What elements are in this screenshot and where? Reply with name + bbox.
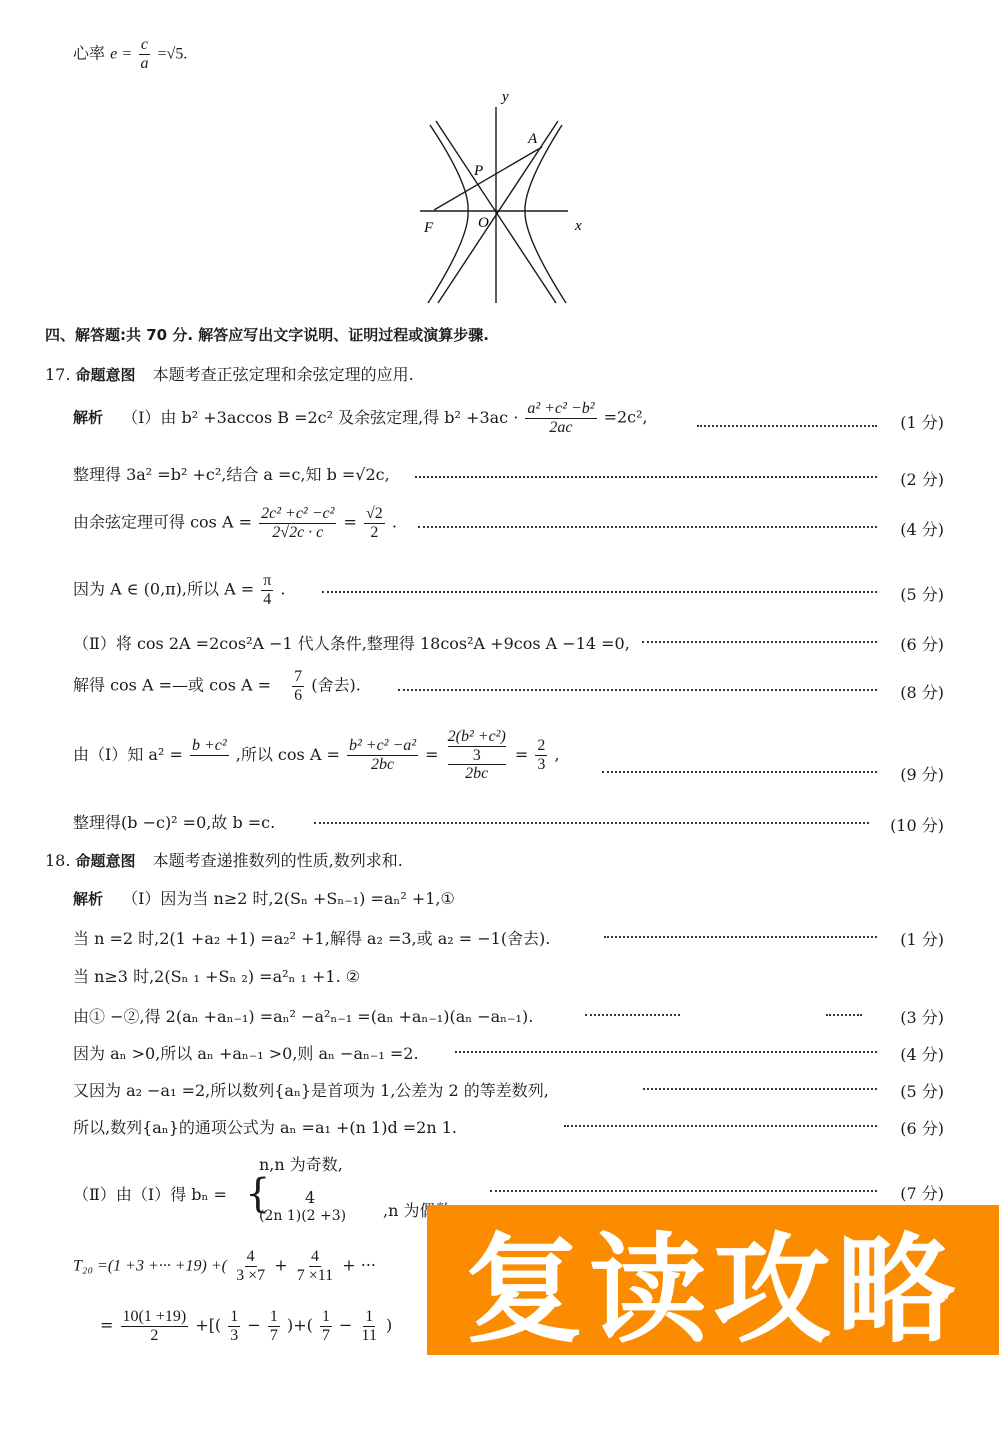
- score: (2 分): [900, 467, 944, 490]
- q17-line-1: 解析 （Ⅰ）由 b² +3accos B =2c² 及余弦定理,得 b² +3a…: [73, 400, 648, 436]
- fraction: 1 7: [320, 1308, 332, 1344]
- leader-dots: [585, 1014, 680, 1016]
- fraction: π 4: [261, 572, 273, 608]
- fraction: 1 11: [360, 1308, 379, 1344]
- score: (8 分): [900, 680, 944, 703]
- score: (5 分): [900, 1079, 944, 1102]
- score: (6 分): [900, 632, 944, 655]
- q17-intent: 17. 命题意图 本题考查正弦定理和余弦定理的应用.: [45, 362, 414, 385]
- leader-dots: [322, 591, 877, 593]
- fraction: 4 7 ×11: [295, 1248, 335, 1284]
- fraction: √2 2: [364, 505, 385, 541]
- label-f: F: [423, 220, 434, 236]
- fraction: 4 3 ×7: [234, 1248, 267, 1284]
- q18-number: 18.: [45, 851, 70, 870]
- q18-line-2: 当 n =2 时,2(1 +a₂ +1) =a₂² +1,解得 a₂ =3,或 …: [73, 926, 550, 949]
- score: (1 分): [900, 410, 944, 433]
- fraction: 7 6: [292, 668, 304, 704]
- score: (4 分): [900, 1042, 944, 1065]
- leader-dots: [697, 425, 877, 427]
- watermark-banner: 复读攻略: [427, 1205, 999, 1355]
- compound-fraction: 2(b² +c²) 3 2bc: [446, 728, 508, 783]
- hyperbola-diagram: y x A P F O: [410, 85, 610, 314]
- leader-dots: [602, 771, 877, 773]
- q17-line-8: 整理得(b −c)² =0,故 b =c.: [73, 810, 275, 833]
- fraction: b +c²: [190, 737, 229, 773]
- q18-line-1: 解析 （Ⅰ）因为当 n≥2 时,2(Sₙ +Sₙ₋₁) =aₙ² +1,①: [73, 886, 455, 909]
- fraction-c-over-a: c a: [138, 36, 150, 72]
- intent-text: 本题考查递推数列的性质,数列求和.: [153, 851, 403, 870]
- var-e: e: [110, 46, 117, 63]
- fraction: 2 3: [535, 737, 547, 773]
- hyperbola-figure: y x A P F O: [410, 85, 610, 310]
- q17-line-3: 由余弦定理可得 cos A = 2c² +c² −c² 2√2c · c = √…: [73, 505, 397, 541]
- leader-dots: [604, 936, 877, 938]
- score: (5 分): [900, 582, 944, 605]
- leader-dots: [642, 641, 877, 643]
- label-p: P: [473, 163, 483, 179]
- q17-line-6: 解得 cos A =—或 cos A = 7 6 (舍去).: [73, 668, 361, 704]
- label-a: A: [527, 131, 538, 147]
- leader-dots: [455, 1051, 877, 1053]
- fraction: 1 3: [228, 1308, 240, 1344]
- q17-line-4: 因为 A ∈ (0,π),所以 A = π 4 .: [73, 572, 286, 608]
- q17-line-2: 整理得 3a² =b² +c²,结合 a =c,知 b =√2c,: [73, 462, 390, 485]
- analysis-label: 解析: [73, 409, 103, 427]
- q17-line-7: 由（Ⅰ）知 a² = b +c² ,所以 cos A = b² +c² −a² …: [73, 728, 560, 783]
- eccentricity-prefix: 心率: [73, 44, 105, 63]
- label-o: O: [478, 215, 489, 231]
- leader-dots: [398, 689, 877, 691]
- score: (6 分): [900, 1116, 944, 1139]
- score: (10 分): [890, 813, 944, 836]
- equals: =: [122, 46, 131, 63]
- q17-number: 17.: [45, 365, 70, 384]
- fraction: a² +c² −b² 2ac: [525, 400, 596, 436]
- leader-dots: [418, 526, 877, 528]
- label-x: x: [574, 218, 582, 234]
- fraction: 10(1 +19) 2: [121, 1308, 189, 1344]
- q18-line-7: 所以,数列{aₙ}的通项公式为 aₙ =a₁ +(n 1)d =2n 1.: [73, 1115, 457, 1138]
- watermark-text: 复读攻略: [465, 1195, 961, 1365]
- score: (9 分): [900, 762, 944, 785]
- leader-dots: [415, 476, 877, 478]
- q18-line-5: 因为 aₙ >0,所以 aₙ +aₙ₋₁ >0,则 aₙ −aₙ₋₁ =2.: [73, 1041, 419, 1064]
- q18-intent: 18. 命题意图 本题考查递推数列的性质,数列求和.: [45, 848, 403, 871]
- leader-dots: [490, 1190, 877, 1192]
- eccentricity-line: 心率 e = c a =√5.: [73, 36, 187, 72]
- leader-dots: [826, 1014, 862, 1016]
- q18-line-9: T₂₀ =(1 +3 +··· +19) +( 4 3 ×7 + 4 7 ×11…: [73, 1248, 376, 1284]
- analysis-label: 解析: [73, 890, 103, 908]
- fraction: b² +c² −a² 2bc: [347, 737, 418, 773]
- eccentricity-result: =√5.: [158, 46, 188, 63]
- q18-line-4: 由① −②,得 2(aₙ +aₙ₋₁) =aₙ² −a²ₙ₋₁ =(aₙ +aₙ…: [73, 1004, 533, 1027]
- intent-label: 命题意图: [76, 366, 136, 384]
- fraction: 2c² +c² −c² 2√2c · c: [259, 505, 336, 541]
- score: (3 分): [900, 1005, 944, 1028]
- leader-dots: [564, 1125, 877, 1127]
- leader-dots: [643, 1088, 877, 1090]
- score: (1 分): [900, 927, 944, 950]
- intent-text: 本题考查正弦定理和余弦定理的应用.: [153, 365, 414, 384]
- intent-label: 命题意图: [76, 852, 136, 870]
- label-y: y: [500, 89, 509, 105]
- section-heading: 四、解答题:共 70 分. 解答应写出文字说明、证明过程或演算步骤.: [45, 324, 489, 345]
- q18-line-3: 当 n≥3 时,2(Sₙ ₁ +Sₙ ₂) =a²ₙ ₁ +1. ②: [73, 964, 360, 987]
- q18-line-10: = 10(1 +19) 2 +[( 1 3 − 1 7 )+( 1 7 − 1 …: [100, 1308, 392, 1344]
- leader-dots: [314, 822, 869, 824]
- q18-line-6: 又因为 a₂ −a₁ =2,所以数列{aₙ}是首项为 1,公差为 2 的等差数列…: [73, 1078, 549, 1101]
- q17-line-5: （Ⅱ）将 cos 2A =2cos²A −1 代人条件,整理得 18cos²A …: [73, 631, 630, 654]
- score: (4 分): [900, 517, 944, 540]
- fraction: 1 7: [268, 1308, 280, 1344]
